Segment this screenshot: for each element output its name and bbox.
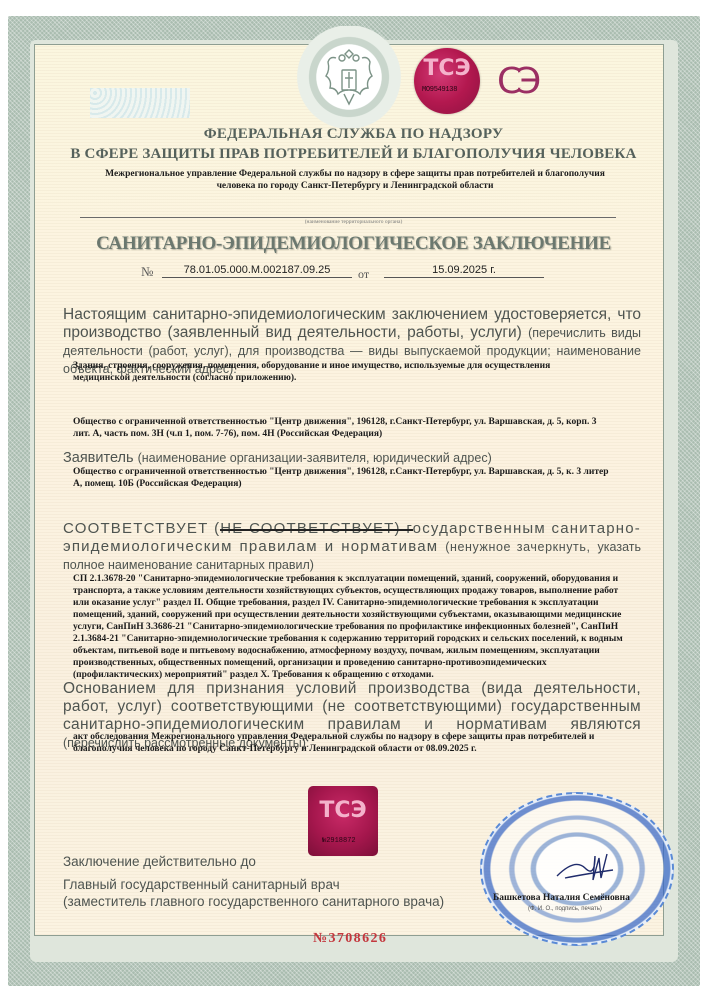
date-label: от	[358, 267, 369, 282]
certificate-number: 78.01.05.000.М.002187.09.25	[162, 264, 352, 278]
chief-label-line1: Главный государственный санитарный врач	[63, 876, 444, 893]
hologram-seal-round: ТСЭ МО9549138	[414, 48, 480, 114]
se-logo-icon: СЭ	[497, 64, 535, 100]
signer-caption: (Ф. И. О., подпись, печать)	[528, 906, 602, 912]
facility-address: Общество с ограниченной ответственностью…	[73, 416, 613, 440]
hologram-seal-square: ТСЭ №2918872	[308, 786, 378, 856]
conformity-statement: СООТВЕТСТВУЕТ (НЕ СООТВЕТСТВУЕТ) государ…	[63, 520, 641, 574]
applicant-hint: (наименование организации-заявителя, юри…	[138, 451, 492, 465]
chief-label-line2: (заместитель главного государственного с…	[63, 893, 444, 910]
authority-underline	[80, 217, 616, 218]
activity-description: Здания, строения, сооружения, помещения,…	[73, 360, 593, 384]
form-serial-number: №3708626	[313, 931, 387, 947]
conforms-hint1: (ненужное зачеркнуть,	[445, 540, 590, 554]
document-title: САНИТАРНО-ЭПИДЕМИОЛОГИЧЕСКОЕ ЗАКЛЮЧЕНИЕ	[0, 233, 707, 255]
agency-title-line1: ФЕДЕРАЛЬНАЯ СЛУЖБА ПО НАДЗОРУ	[0, 126, 707, 143]
valid-until-label: Заключение действительно до	[63, 854, 256, 869]
signature-icon	[555, 848, 615, 888]
sanitary-rules-list: СП 2.1.3678-20 "Санитарно-эпидемиологиче…	[73, 573, 623, 681]
authority-caption: (наименование территориального органа)	[0, 219, 707, 225]
hologram-tse-icon: ТСЭ	[318, 798, 368, 828]
not-conforms-struck: НЕ СООТВЕТСТВУЕТ)	[220, 520, 400, 537]
conforms-word: СООТВЕТСТВУЕТ	[63, 520, 208, 537]
chief-physician-label: Главный государственный санитарный врач …	[63, 876, 444, 910]
coat-of-arms-emblem-icon	[296, 26, 402, 128]
applicant-label: Заявитель	[63, 450, 134, 466]
hologram-serial-bottom: №2918872	[322, 837, 356, 845]
agency-title-line2: В СФЕРЕ ЗАЩИТЫ ПРАВ ПОТРЕБИТЕЛЕЙ И БЛАГО…	[0, 146, 707, 163]
applicant-details: Общество с ограниченной ответственностью…	[73, 466, 613, 490]
number-label: №	[141, 264, 153, 280]
certificate-date: 15.09.2025 г.	[384, 264, 544, 278]
applicant-heading: Заявитель (наименование организации-заяв…	[63, 450, 641, 466]
basis-main: Основанием для признания условий произво…	[63, 680, 641, 733]
territorial-authority: Межрегиональное управление Федеральной с…	[100, 168, 610, 192]
security-watermark-patch	[90, 88, 190, 118]
signer-name: Башкетова Наталия Семёновна	[493, 893, 630, 903]
hologram-tse-icon: ТСЭ	[422, 56, 472, 86]
reviewed-documents: акт обследования Межрегионального управл…	[73, 731, 633, 755]
hologram-serial-top: МО9549138	[422, 86, 457, 94]
